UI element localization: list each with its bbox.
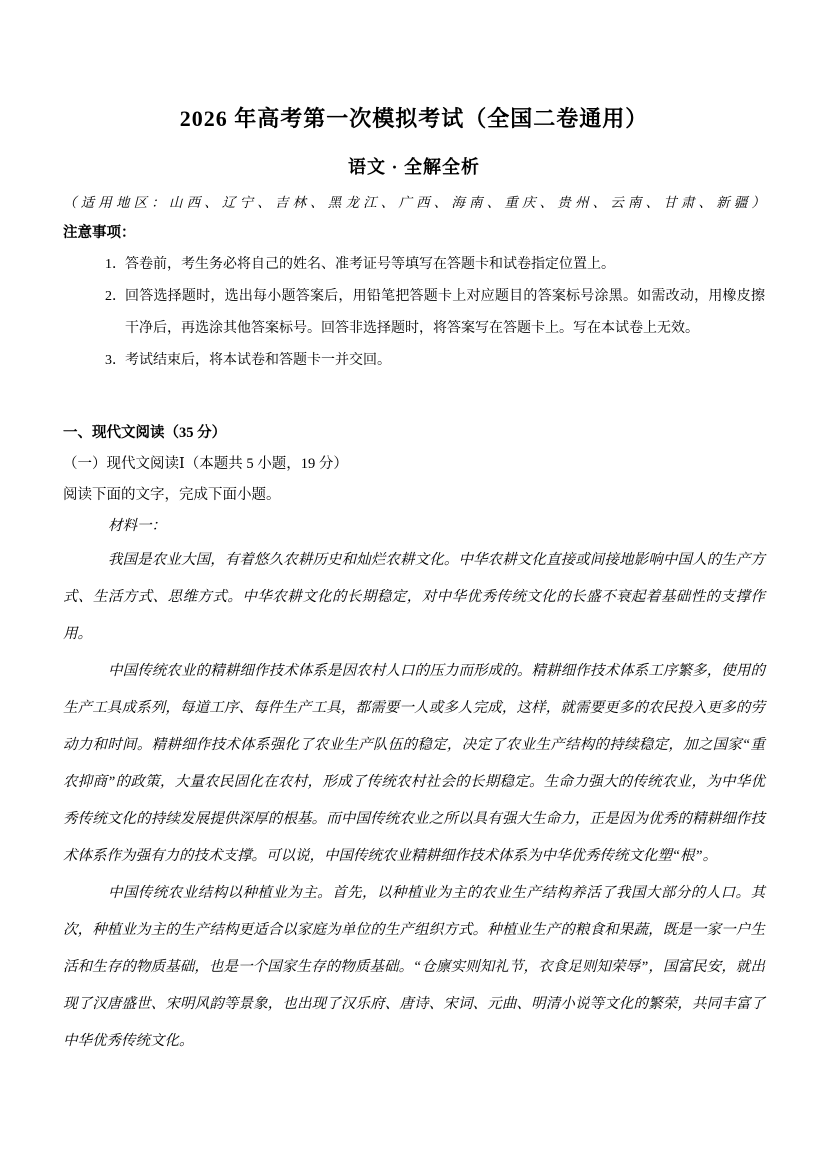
subsection-heading: （一）现代文阅读Ⅰ（本题共 5 小题，19 分） [63, 449, 765, 480]
reading-instruction: 阅读下面的文字，完成下面小题。 [63, 480, 765, 511]
modern-reading-section: 一、现代文阅读（35 分） （一）现代文阅读Ⅰ（本题共 5 小题，19 分） 阅… [63, 418, 765, 1060]
notice-item-3: 3．考试结束后，将本试卷和答题卡一并交回。 [63, 345, 765, 377]
notice-item-text: 回答选择题时，选出每小题答案后，用铅笔把答题卡上对应题目的答案标号涂黑。如需改动… [125, 289, 765, 336]
material-paragraph: 我国是农业大国，有着悠久农耕历史和灿烂农耕文化。中华农耕文化直接或间接地影响中国… [63, 542, 765, 653]
notice-list: 1．答卷前，考生务必将自己的姓名、准考证号等填写在答题卡和试卷指定位置上。 2．… [63, 249, 765, 377]
exam-subtitle: 语文 · 全解全析 [63, 154, 765, 180]
applicable-region-line: （适用地区：山西、辽宁、吉林、黑龙江、广西、海南、重庆、贵州、云南、甘肃、新疆） [63, 192, 765, 213]
notice-heading: 注意事项： [63, 223, 765, 244]
exam-title: 2026 年高考第一次模拟考试（全国二卷通用） [63, 102, 765, 136]
notice-item-1: 1．答卷前，考生务必将自己的姓名、准考证号等填写在答题卡和试卷指定位置上。 [63, 249, 765, 281]
notice-item-number: 1． [105, 249, 126, 281]
material-paragraph: 中国传统农业的精耕细作技术体系是因农村人口的压力而形成的。精耕细作技术体系工序繁… [63, 653, 765, 875]
notice-item-text: 答卷前，考生务必将自己的姓名、准考证号等填写在答题卡和试卷指定位置上。 [125, 257, 615, 272]
material-paragraph: 中国传统农业结构以种植业为主。首先，以种植业为主的农业生产结构养活了我国大部分的… [63, 875, 765, 1060]
exam-paper-page: 2026 年高考第一次模拟考试（全国二卷通用） 语文 · 全解全析 （适用地区：… [0, 0, 827, 1169]
material-one-label: 材料一： [63, 511, 765, 542]
notice-item-2: 2．回答选择题时，选出每小题答案后，用铅笔把答题卡上对应题目的答案标号涂黑。如需… [63, 281, 765, 345]
notice-item-text: 考试结束后，将本试卷和答题卡一并交回。 [125, 353, 391, 368]
notice-item-number: 3． [105, 345, 126, 377]
material-one-body: 我国是农业大国，有着悠久农耕历史和灿烂农耕文化。中华农耕文化直接或间接地影响中国… [63, 542, 765, 1060]
notice-item-number: 2． [105, 281, 126, 313]
section-heading: 一、现代文阅读（35 分） [63, 418, 765, 449]
